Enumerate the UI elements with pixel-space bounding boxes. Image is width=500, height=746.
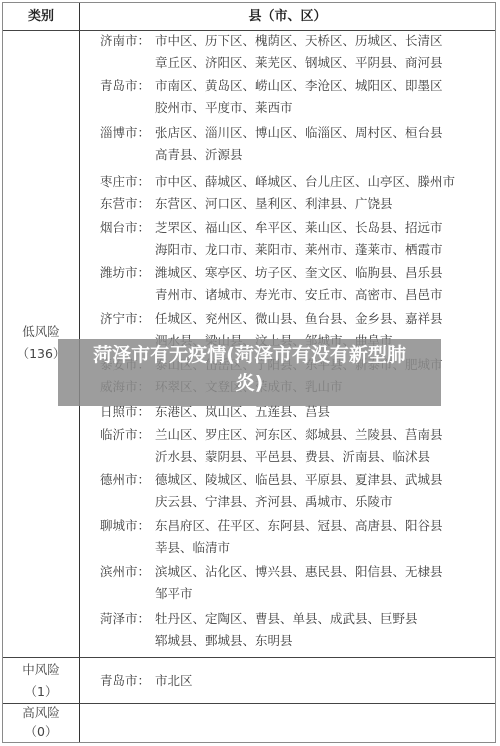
- header-category: 类别: [3, 3, 79, 30]
- city-entry-qingdao-mid: 青岛市：市北区: [80, 670, 495, 692]
- header-areas: 县（市、区）: [80, 3, 495, 30]
- article-title: 菏泽市有无疫情(菏泽市有没有新型肺 炎): [58, 341, 441, 397]
- city-entry-weifang: 潍坊市：潍城区、寒亭区、坊子区、奎文区、临朐县、昌乐县: [80, 262, 495, 284]
- city-entry-jinan: 济南市：市中区、历下区、槐荫区、天桥区、历城区、长清区: [80, 30, 495, 52]
- category-count: （1）: [3, 681, 79, 703]
- row-divider-low-mid: [3, 657, 495, 658]
- city-entry-binzhou: 滨州市：滨城区、沾化区、博兴县、惠民县、阳信县、无棣县: [80, 561, 495, 583]
- city-entry-liaocheng: 聊城市：东昌府区、茌平区、东阿县、冠县、高唐县、阳谷县: [80, 515, 495, 537]
- category-high-risk: 高风险 （0）: [3, 703, 79, 741]
- city-entry-linyi: 临沂市：兰山区、罗庄区、河东区、郯城县、兰陵县、莒南县: [80, 424, 495, 446]
- city-entry-zibo: 淄博市：张店区、淄川区、博山区、临淄区、周村区、桓台县: [80, 122, 495, 144]
- city-entry-dongying: 东营市：东营区、河口区、垦利区、利津县、广饶县: [80, 193, 495, 215]
- city-entry-zaozhuang: 枣庄市：市中区、薛城区、峄城区、台儿庄区、山亭区、滕州市: [80, 171, 495, 193]
- city-entry-heze: 菏泽市：牡丹区、定陶区、曹县、单县、成武县、巨野县: [80, 608, 495, 630]
- city-entry-jining: 济宁市：任城区、兖州区、微山县、鱼台县、金乡县、嘉祥县: [80, 308, 495, 330]
- city-entry-qingdao: 青岛市：市南区、黄岛区、崂山区、李沧区、城阳区、即墨区: [80, 75, 495, 97]
- city-entry-yantai: 烟台市：芝罘区、福山区、牟平区、莱山区、长岛县、招远市: [80, 217, 495, 239]
- city-entry-dezhou: 德州市：德城区、陵城区、临邑县、平原县、夏津县、武城县: [80, 469, 495, 491]
- category-count: （0）: [3, 722, 79, 741]
- category-label: 中风险: [3, 659, 79, 681]
- high-risk-areas: [80, 704, 495, 742]
- article-title-overlay: 菏泽市有无疫情(菏泽市有没有新型肺 炎): [58, 339, 441, 406]
- category-mid-risk: 中风险 （1）: [3, 659, 79, 703]
- category-label: 高风险: [3, 703, 79, 722]
